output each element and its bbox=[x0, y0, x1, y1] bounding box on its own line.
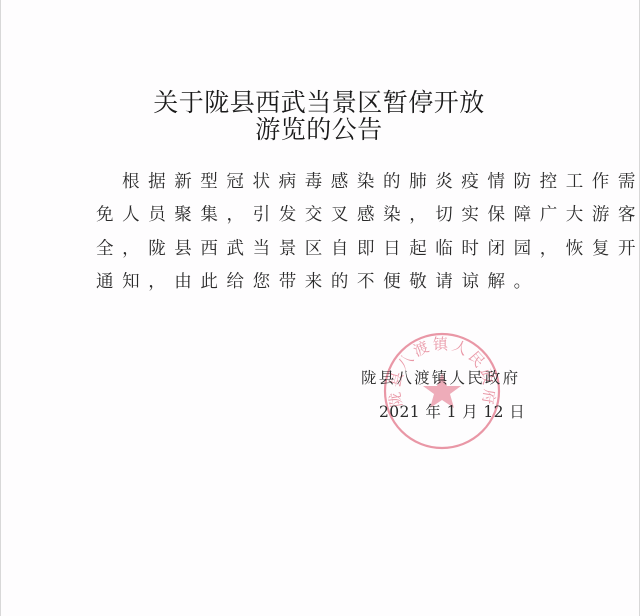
notice-body: 根据新型冠状病毒感染的肺炎疫情防控工作需要，为避 免人员聚集，引发交叉感染，切实… bbox=[96, 166, 546, 299]
notice-title-line-1: 关于陇县西武当景区暂停开放 bbox=[1, 89, 637, 116]
notice-page: 关于陇县西武当景区暂停开放 游览的公告 根据新型冠状病毒感染的肺炎疫情防控工作需… bbox=[0, 0, 640, 616]
signing-organization: 陇县八渡镇人民政府 bbox=[361, 366, 520, 388]
notice-title-line-2: 游览的公告 bbox=[1, 116, 637, 143]
official-seal-icon: 陇县八渡镇人民政府 bbox=[382, 331, 502, 451]
signing-date: 2021 年 1 月 12 日 bbox=[379, 400, 525, 422]
body-line-3: 全，陇县西武当景区自即日起临时闭园，恢复开放时间另行 bbox=[96, 233, 546, 266]
body-line-2: 免人员聚集，引发交叉感染，切实保障广大游客朋友健康安 bbox=[96, 199, 546, 232]
body-line-1: 根据新型冠状病毒感染的肺炎疫情防控工作需要，为避 bbox=[96, 166, 546, 199]
body-line-4: 通知，由此给您带来的不便敬请谅解。 bbox=[96, 266, 546, 299]
